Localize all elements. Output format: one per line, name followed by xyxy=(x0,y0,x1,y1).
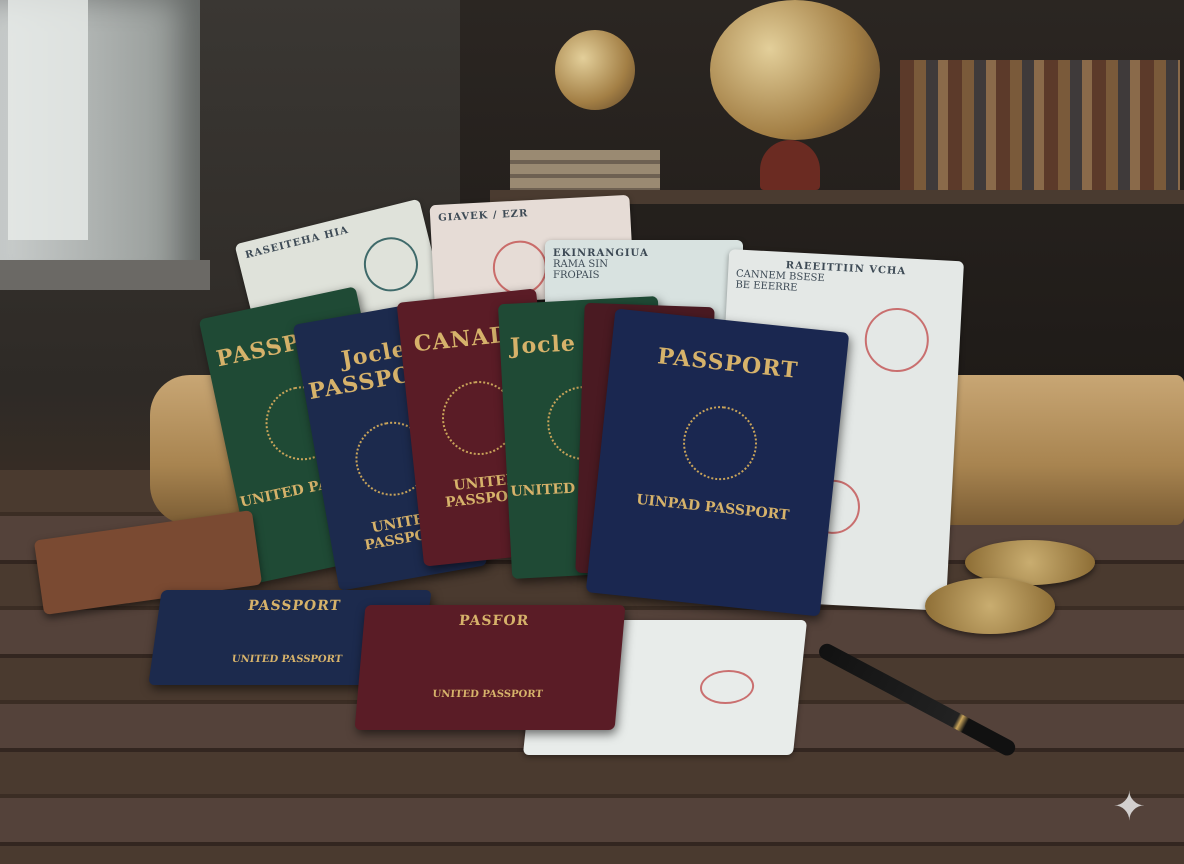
passport-navy-front: PASSPORT UINPAD PASSPORT xyxy=(586,308,850,616)
window xyxy=(0,0,200,290)
passport-title: PASFOR xyxy=(363,613,624,629)
passport-maroon-lying: PASFOR UNITED PASSPORT xyxy=(355,605,626,730)
visa-line: FROPAIS xyxy=(553,270,735,281)
sparkle-watermark-icon: ✦ xyxy=(1112,784,1146,830)
window-sill xyxy=(0,260,210,290)
stacked-books xyxy=(510,150,660,194)
visa-title: GIAVEK / EZR xyxy=(438,203,622,224)
passport-title: PASSPORT xyxy=(610,338,846,388)
passport-subtitle: UINPAD PASSPORT xyxy=(595,488,830,528)
eagle-seal-icon xyxy=(679,402,760,483)
books-row xyxy=(900,60,1180,190)
compass xyxy=(925,578,1055,634)
passport-subtitle: UNITED PASSPORT xyxy=(357,689,618,700)
small-globe xyxy=(555,30,635,110)
visa-line: RAMA SIN xyxy=(553,259,735,270)
visa-title: EKINRANGIUA xyxy=(553,248,735,259)
large-globe xyxy=(710,0,880,140)
